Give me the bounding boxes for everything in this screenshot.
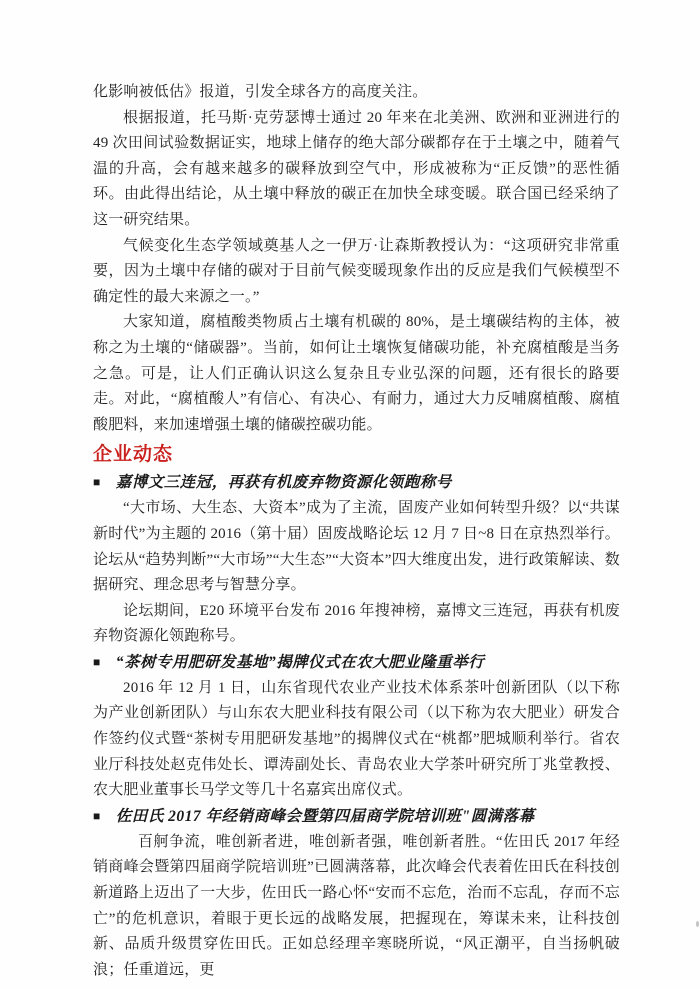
news-sections: ■嘉博文三连冠，再获有机废弃物资源化领跑称号“大市场、大生态、大资本”成为了主流…: [93, 470, 620, 983]
body-paragraph: 2016 年 12 月 1 日，山东省现代农业产业技术体系茶叶创新团队（以下称为…: [93, 676, 620, 804]
body-paragraph: 根据报道，托马斯·克劳瑟博士通过 20 年来在北美洲、欧洲和亚洲进行的 49 次…: [93, 106, 620, 234]
body-paragraph: 大家知道，腐植酸类物质占土壤有机碳的 80%，是土壤碳结构的主体，被称之为土壤的…: [93, 310, 620, 438]
square-bullet-icon: ■: [93, 469, 101, 495]
page-content: 化影响被低估》报道，引发全球各方的高度关注。根据报道，托马斯·克劳瑟博士通过 2…: [93, 80, 620, 983]
news-item-title-text: “茶树专用肥研发基地”揭牌仪式在农大肥业隆重举行: [116, 650, 485, 676]
body-paragraph: 论坛期间，E20 环境平台发布 2016 年搜神榜，嘉博文三连冠，再获有机废弃物…: [93, 599, 620, 650]
body-paragraph: 百舸争流，唯创新者进，唯创新者强，唯创新者胜。“佐田氏 2017 年经销商峰会暨…: [93, 830, 620, 984]
news-item: ■“茶树专用肥研发基地”揭牌仪式在农大肥业隆重举行2016 年 12 月 1 日…: [93, 650, 620, 804]
news-item: ■嘉博文三连冠，再获有机废弃物资源化领跑称号“大市场、大生态、大资本”成为了主流…: [93, 470, 620, 650]
news-item-title-text: 嘉博文三连冠，再获有机废弃物资源化领跑称号: [116, 470, 452, 496]
square-bullet-icon: ■: [93, 649, 101, 675]
square-bullet-icon: ■: [93, 803, 101, 829]
news-item-title: ■嘉博文三连冠，再获有机废弃物资源化领跑称号: [93, 470, 620, 496]
section-heading: 企业动态: [93, 441, 620, 468]
body-paragraph: 化影响被低估》报道，引发全球各方的高度关注。: [93, 80, 620, 106]
intro-paragraphs: 化影响被低估》报道，引发全球各方的高度关注。根据报道，托马斯·克劳瑟博士通过 2…: [93, 80, 620, 438]
body-paragraph: “大市场、大生态、大资本”成为了主流，固废产业如何转型升级？以“共谋新时代”为主…: [93, 496, 620, 598]
scan-artifact-speck: [696, 921, 699, 927]
news-item: ■佐田氏 2017 年经销商峰会暨第四届商学院培训班"圆满落幕百舸争流，唯创新者…: [93, 804, 620, 984]
news-item-title: ■佐田氏 2017 年经销商峰会暨第四届商学院培训班"圆满落幕: [93, 804, 620, 830]
document-page: 化影响被低估》报道，引发全球各方的高度关注。根据报道，托马斯·克劳瑟博士通过 2…: [0, 0, 700, 989]
news-item-title-text: 佐田氏 2017 年经销商峰会暨第四届商学院培训班"圆满落幕: [116, 804, 535, 830]
body-paragraph: 气候变化生态学领域奠基人之一伊万·让森斯教授认为：“这项研究非常重要，因为土壤中…: [93, 234, 620, 311]
news-item-title: ■“茶树专用肥研发基地”揭牌仪式在农大肥业隆重举行: [93, 650, 620, 676]
